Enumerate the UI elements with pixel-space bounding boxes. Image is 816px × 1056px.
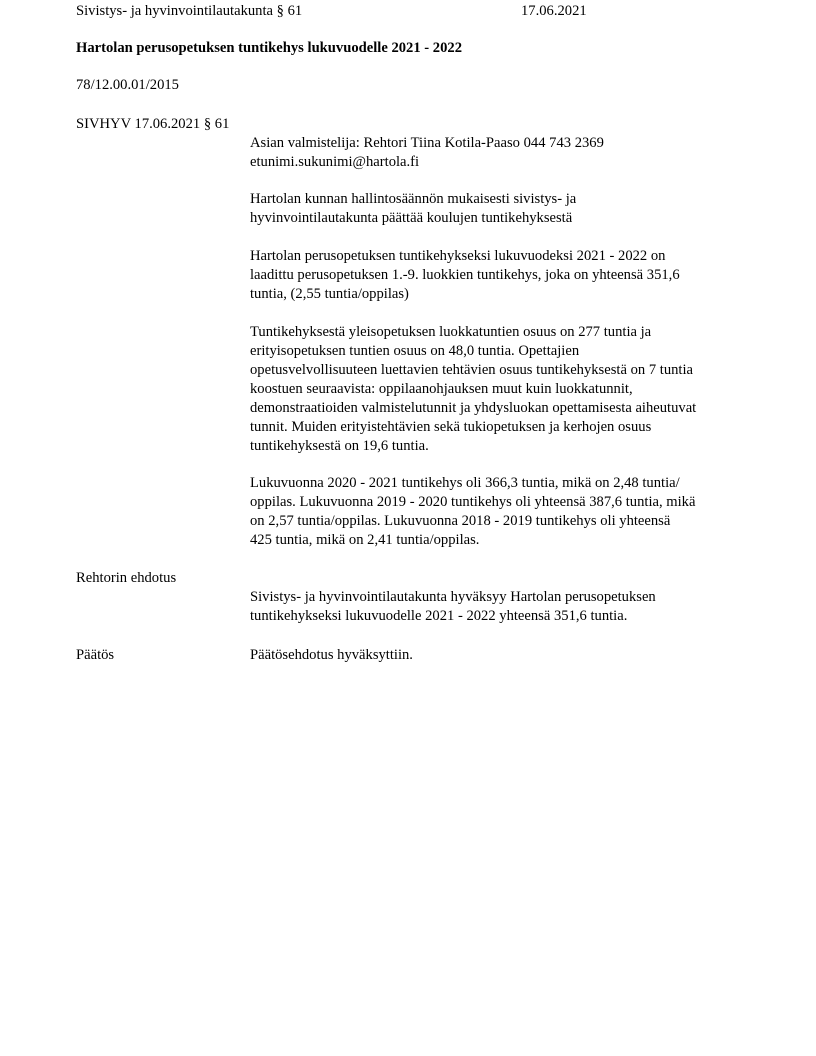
meeting-reference: SIVHYV 17.06.2021 § 61	[76, 115, 229, 134]
text-line: tunnit. Muiden erityistehtävien sekä tuk…	[250, 418, 750, 437]
decision-label: Päätös	[76, 646, 114, 665]
text-line: on 2,57 tuntia/oppilas. Lukuvuonna 2018 …	[250, 512, 750, 531]
text-line: 425 tuntia, mikä on 2,41 tuntia/oppilas.	[250, 531, 750, 550]
text-line: oppilas. Lukuvuonna 2019 - 2020 tuntikeh…	[250, 493, 750, 512]
preparer-info: Asian valmistelija: Rehtori Tiina Kotila…	[250, 134, 750, 172]
text-line: Hartolan kunnan hallintosäännön mukaises…	[250, 190, 750, 209]
text-line: hyvinvointilautakunta päättää koulujen t…	[250, 209, 750, 228]
text-line: Sivistys- ja hyvinvointilautakunta hyväk…	[250, 588, 750, 607]
text-line: laadittu perusopetuksen 1.-9. luokkien t…	[250, 266, 750, 285]
paragraph-framework: Hartolan perusopetuksen tuntikehykseksi …	[250, 247, 750, 304]
text-line: opetusvelvollisuuteen luettavien tehtävi…	[250, 361, 750, 380]
proposal-label: Rehtorin ehdotus	[76, 569, 176, 588]
text-line: tuntia, (2,55 tuntia/oppilas)	[250, 285, 750, 304]
document-title: Hartolan perusopetuksen tuntikehys lukuv…	[76, 39, 462, 58]
header-committee-section: Sivistys- ja hyvinvointilautakunta § 61	[76, 2, 302, 21]
preparer-line: Asian valmistelija: Rehtori Tiina Kotila…	[250, 134, 750, 153]
text-line: tuntikehykseksi lukuvuodelle 2021 - 2022…	[250, 607, 750, 626]
paragraph-authority: Hartolan kunnan hallintosäännön mukaises…	[250, 190, 750, 228]
text-line: tuntikehyksestä on 19,6 tuntia.	[250, 437, 750, 456]
text-line: Hartolan perusopetuksen tuntikehykseksi …	[250, 247, 750, 266]
preparer-email: etunimi.sukunimi@hartola.fi	[250, 153, 750, 172]
decision-text: Päätösehdotus hyväksyttiin.	[250, 646, 413, 665]
text-line: koostuen seuraavista: oppilaanohjauksen …	[250, 380, 750, 399]
text-line: demonstraatioiden valmistelutunnit ja yh…	[250, 399, 750, 418]
text-line: Lukuvuonna 2020 - 2021 tuntikehys oli 36…	[250, 474, 750, 493]
header-date: 17.06.2021	[521, 2, 587, 21]
paragraph-history: Lukuvuonna 2020 - 2021 tuntikehys oli 36…	[250, 474, 750, 550]
record-number: 78/12.00.01/2015	[76, 76, 179, 95]
proposal-text: Sivistys- ja hyvinvointilautakunta hyväk…	[250, 588, 750, 626]
paragraph-breakdown: Tuntikehyksestä yleisopetuksen luokkatun…	[250, 323, 750, 456]
text-line: Tuntikehyksestä yleisopetuksen luokkatun…	[250, 323, 750, 342]
text-line: erityisopetuksen tuntien osuus on 48,0 t…	[250, 342, 750, 361]
